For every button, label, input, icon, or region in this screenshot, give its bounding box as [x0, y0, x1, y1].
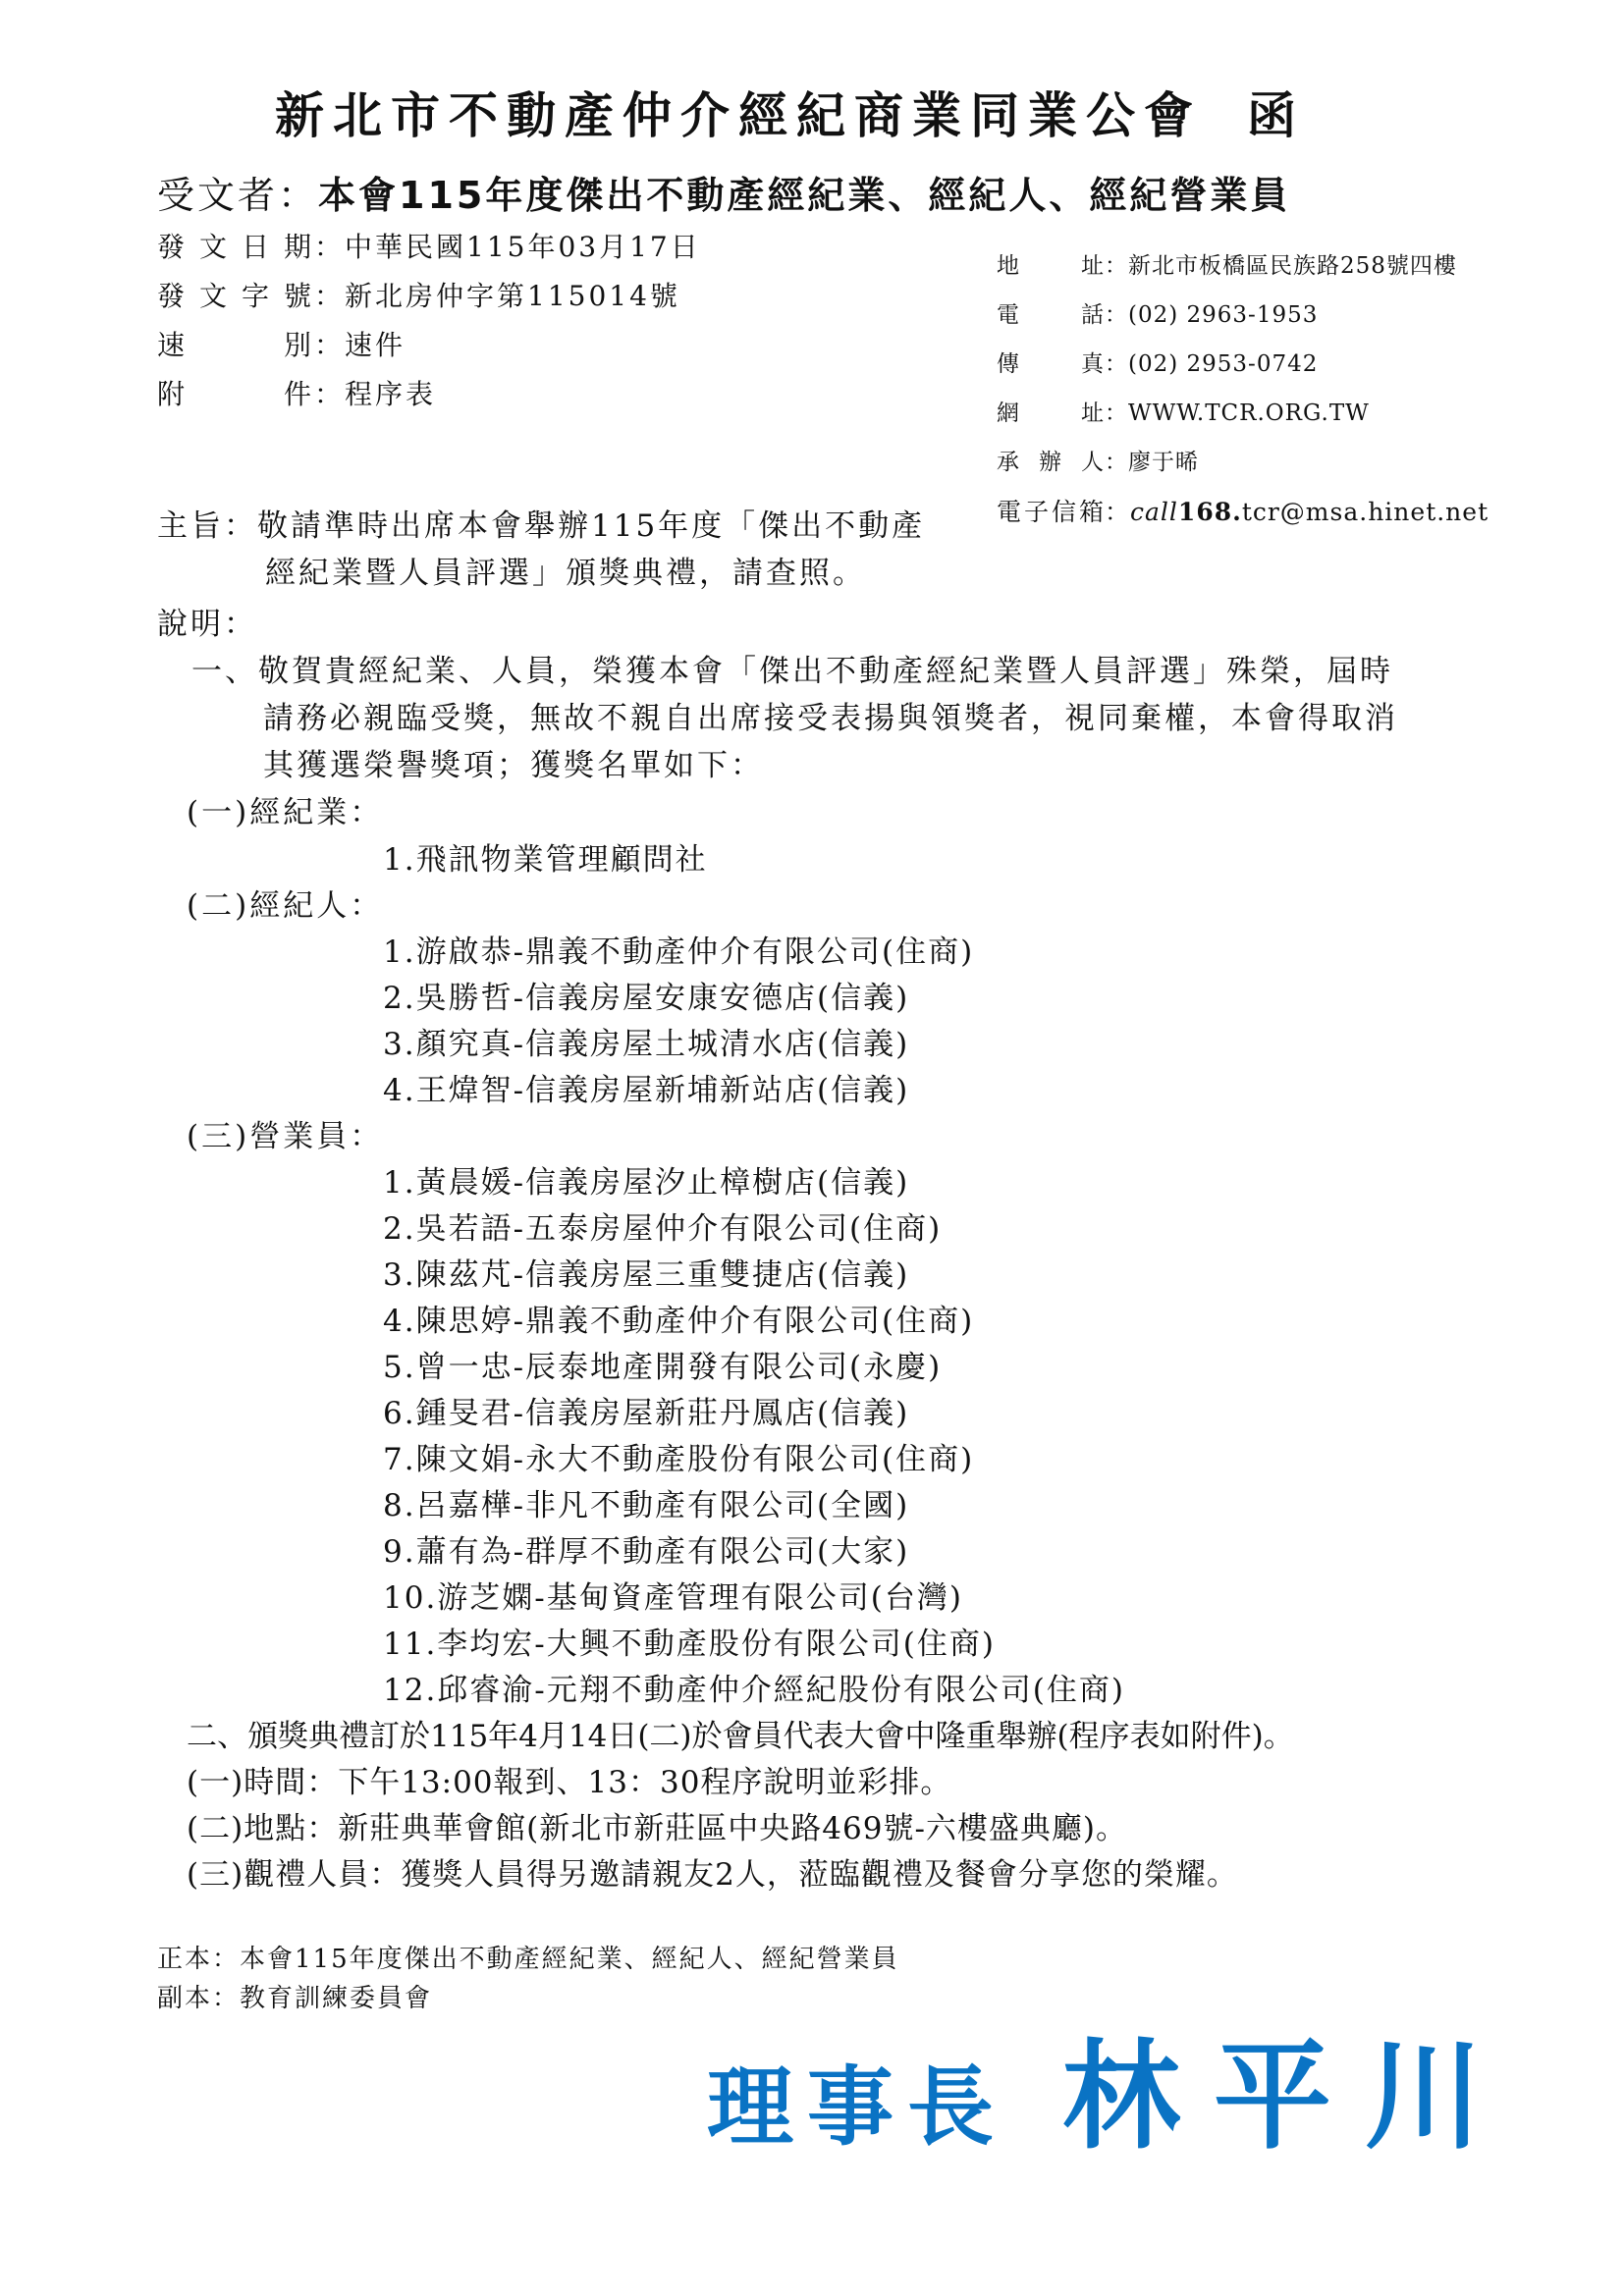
ceremony-place: (二)地點：新莊典華會館(新北市新莊區中央路469號-六樓盛典廳)。 — [187, 1803, 1127, 1847]
contact-email: 電子信箱：call168.tcr@msa.hinet.net — [997, 493, 1489, 528]
contact-label: 網址 — [997, 395, 1105, 427]
meta-label: 附件 — [157, 373, 314, 412]
organization-name: 新北市不動產仲介經紀商業同業公會 — [275, 87, 1202, 144]
contact-value: ：(02) 2953-0742 — [1105, 351, 1318, 377]
original-recipients: 正本：本會115年度傑出不動產經紀業、經紀人、經紀營業員 — [157, 1939, 899, 1975]
contact-label: 承辦人 — [997, 444, 1105, 476]
list-item: 11.李均宏-大興不動產股份有限公司(住商) — [383, 1619, 996, 1663]
contact-label: 電話 — [997, 296, 1105, 329]
list-item: 4.陳思婷-鼎義不動產仲介有限公司(住商) — [383, 1296, 974, 1340]
ceremony-time: (一)時間：下午13:00報到、13：30程序說明並彩排。 — [187, 1757, 951, 1801]
contact-label: 傳真 — [997, 346, 1105, 378]
recipient-line: 受文者：本會115年度傑出不動產經紀業、經紀人、經紀營業員 — [157, 165, 1290, 219]
contact-address: 地址：新北市板橋區民族路258號四樓 — [997, 247, 1457, 280]
doc-type: 函 — [1247, 87, 1305, 144]
signature-title: 理事長 — [707, 2056, 1007, 2158]
document-title: 新北市不動產仲介經紀商業同業公會函 — [275, 77, 1305, 147]
recipient-label: 受文者： — [157, 174, 318, 217]
email-part: 168. — [1178, 498, 1242, 526]
subject: 主旨：敬請準時出席本會舉辦115年度「傑出不動產 經紀業暨人員評選」頒獎典禮，請… — [157, 503, 925, 597]
section2-line: 二、頒獎典禮訂於115年4月14日(二)於會員代表大會中隆重舉辦(程序表如附件)… — [187, 1711, 1294, 1755]
meta-label: 發文字號 — [157, 275, 314, 314]
list-item: 5.曾一忠-辰泰地產開發有限公司(永慶) — [383, 1342, 942, 1386]
list-item: 1.游啟恭-鼎義不動產仲介有限公司(住商) — [383, 927, 974, 971]
list-item: 2.吳勝哲-信義房屋安康安德店(信義) — [383, 973, 909, 1017]
contact-label: 電子信箱 — [997, 493, 1105, 528]
category-title-brokerage: (一)經紀業： — [187, 787, 383, 831]
section1-line: 一、敬賀貴經紀業、人員，榮獲本會「傑出不動產經紀業暨人員評選」殊榮，屆時 — [191, 646, 1393, 690]
contact-handler: 承辦人：廖于晞 — [997, 444, 1199, 476]
list-item: 4.王煒智-信義房屋新埔新站店(信義) — [383, 1065, 909, 1109]
section1-line: 請務必親臨受獎，無故不親自出席接受表揚與領獎者，視同棄權，本會得取消 — [263, 693, 1398, 737]
subject-line: 經紀業暨人員評選」頒獎典禮，請查照。 — [157, 550, 925, 597]
contact-value: ：(02) 2963-1953 — [1105, 302, 1318, 328]
meta-value: ：新北房仲字第115014號 — [314, 280, 680, 312]
category-title-salesperson: (三)營業員： — [187, 1111, 383, 1155]
separator: ： — [1105, 498, 1130, 526]
explanation-label: 說明： — [157, 599, 257, 643]
list-item: 1.黃晨媛-信義房屋汐止樟樹店(信義) — [383, 1157, 909, 1201]
meta-label: 發文日期 — [157, 226, 314, 265]
list-item: 1.飛訊物業管理顧問社 — [383, 834, 708, 879]
ceremony-guests: (三)觀禮人員：獲獎人員得另邀請親友2人，蒞臨觀禮及餐會分享您的榮耀。 — [187, 1849, 1238, 1894]
meta-doc-number: 發文字號：新北房仲字第115014號 — [157, 275, 680, 314]
contact-fax: 傳真：(02) 2953-0742 — [997, 346, 1318, 378]
list-item: 3.陳茲芃-信義房屋三重雙捷店(信義) — [383, 1250, 909, 1294]
email-part: tcr@msa.hinet.net — [1242, 498, 1489, 526]
meta-value: ：速件 — [314, 329, 406, 361]
email-link[interactable]: call168.tcr@msa.hinet.net — [1130, 498, 1489, 526]
list-item: 3.顏究真-信義房屋土城清水店(信義) — [383, 1019, 909, 1063]
list-item: 2.吳若語-五泰房屋仲介有限公司(住商) — [383, 1203, 942, 1248]
meta-attachment: 附件：程序表 — [157, 373, 436, 412]
contact-label: 地址 — [997, 247, 1105, 280]
contact-website: 網址：WWW.TCR.ORG.TW — [997, 395, 1370, 427]
contact-value: ：廖于晞 — [1105, 450, 1199, 475]
category-title-broker: (二)經紀人： — [187, 881, 383, 925]
signature-name: 林平川 — [1062, 2029, 1516, 2165]
list-item: 12.邱睿渝-元翔不動產仲介經紀股份有限公司(住商) — [383, 1665, 1125, 1709]
recipient-value: 本會115年度傑出不動產經紀業、經紀人、經紀營業員 — [318, 174, 1290, 217]
section1-line: 其獲選榮譽獎項；獲獎名單如下： — [263, 740, 764, 784]
meta-value: ：中華民國115年03月17日 — [314, 231, 701, 263]
meta-date: 發文日期：中華民國115年03月17日 — [157, 226, 701, 265]
contact-phone: 電話：(02) 2963-1953 — [997, 296, 1318, 329]
contact-value: ：新北市板橋區民族路258號四樓 — [1105, 253, 1457, 279]
list-item: 6.鍾旻君-信義房屋新莊丹鳳店(信義) — [383, 1388, 909, 1432]
list-item: 9.蕭有為-群厚不動產有限公司(大家) — [383, 1526, 909, 1571]
email-part: call — [1130, 498, 1178, 526]
copy-recipients: 副本：教育訓練委員會 — [157, 1978, 432, 2014]
meta-label: 速別 — [157, 324, 314, 363]
meta-urgency: 速別：速件 — [157, 324, 406, 363]
list-item: 8.呂嘉樺-非凡不動產有限公司(全國) — [383, 1480, 909, 1524]
signature: 理事長林平川 — [707, 2002, 1516, 2171]
list-item: 10.游芝嫻-基甸資產管理有限公司(台灣) — [383, 1573, 963, 1617]
website-link[interactable]: ：WWW.TCR.ORG.TW — [1105, 400, 1370, 426]
list-item: 7.陳文娟-永大不動產股份有限公司(住商) — [383, 1434, 974, 1478]
meta-value: ：程序表 — [314, 378, 436, 410]
subject-line: 主旨：敬請準時出席本會舉辦115年度「傑出不動產 — [157, 503, 925, 550]
